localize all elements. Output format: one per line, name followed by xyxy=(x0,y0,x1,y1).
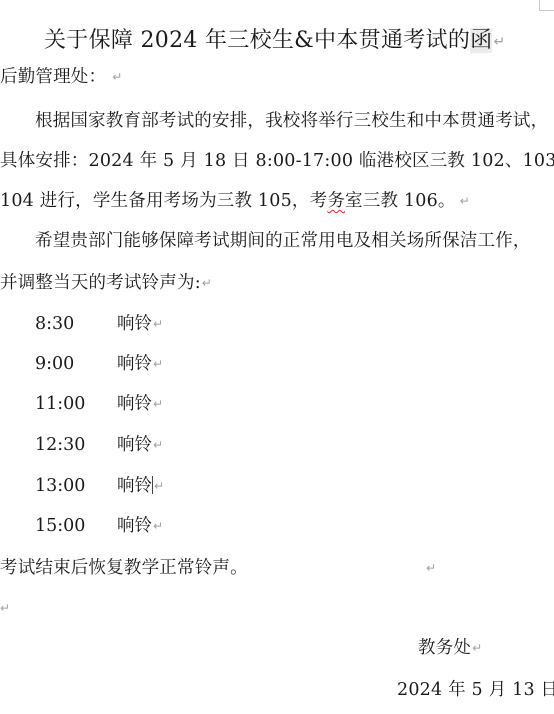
salutation-text: 后勤管理处： xyxy=(0,67,106,87)
document-page[interactable]: 关于保障 2024 年三校生&中本贯通考试的函↵ 后勤管理处：↵ 根据国家教育部… xyxy=(0,0,554,714)
bell-row[interactable]: 8:30 响铃↵ xyxy=(0,313,300,335)
paragraph-text: 104 进行，学生备用考场为三教 105，考 xyxy=(0,191,327,211)
title-text: 关于保障 2024 年三校生&中本贯通考试的 xyxy=(44,28,470,53)
paragraph-mark-icon: ↵ xyxy=(112,70,122,84)
bell-action: 响铃↵ xyxy=(117,313,163,335)
paragraph-text: 室三教 106。 xyxy=(345,191,456,211)
paragraph-1-line-3[interactable]: 104 进行，学生备用考场为三教 105，考务室三教 106。↵ xyxy=(0,190,470,212)
paragraph-mark-icon: ↵ xyxy=(472,641,482,655)
paragraph-1-line-1[interactable]: 根据国家教育部考试的安排，我校将举行三校生和中本贯通考试， xyxy=(35,110,548,132)
paragraph-1-line-2[interactable]: 具体安排：2024 年 5 月 18 日 8:00-17:00 临港校区三教 1… xyxy=(0,150,554,172)
closing-line[interactable]: 考试结束后恢复教学正常铃声。 ↵ xyxy=(0,557,440,579)
signature[interactable]: 教务处↵ xyxy=(418,637,482,659)
paragraph-mark-icon: ↵ xyxy=(153,397,163,411)
signature-text: 教务处 xyxy=(418,638,471,658)
bell-row[interactable]: 9:00 响铃↵ xyxy=(0,353,300,375)
paragraph-mark-icon: ↵ xyxy=(493,34,505,50)
bell-action: 响铃↵ xyxy=(117,475,164,497)
closing-text: 考试结束后恢复教学正常铃声。 xyxy=(0,558,248,578)
paragraph-text: 具体安排：2024 年 5 月 18 日 8:00-17:00 临港校区三教 1… xyxy=(0,151,554,171)
paragraph-mark-icon: ↵ xyxy=(153,357,163,371)
bell-time: 15:00 xyxy=(35,515,85,537)
date-text: 2024 年 5 月 13 日 xyxy=(397,680,554,700)
document-date[interactable]: 2024 年 5 月 13 日↵ xyxy=(397,679,554,701)
bell-row[interactable]: 11:00 响铃↵ xyxy=(0,393,300,415)
bell-row[interactable]: 15:00 响铃↵ xyxy=(0,515,300,537)
paragraph-mark-icon: ↵ xyxy=(460,194,470,208)
empty-paragraph[interactable]: ↵ xyxy=(0,597,10,619)
salutation[interactable]: 后勤管理处：↵ xyxy=(0,66,122,88)
bell-time: 9:00 xyxy=(35,353,74,375)
page-margin-corner-mark xyxy=(539,0,554,11)
bell-time: 8:30 xyxy=(35,313,74,335)
bell-action: 响铃↵ xyxy=(117,353,163,375)
text-cursor xyxy=(152,476,153,494)
bell-time: 11:00 xyxy=(35,393,85,415)
bell-action: 响铃↵ xyxy=(117,515,163,537)
paragraph-text: 根据国家教育部考试的安排，我校将举行三校生和中本贯通考试， xyxy=(35,111,548,131)
bell-time: 13:00 xyxy=(35,475,85,497)
paragraph-text: 希望贵部门能够保障考试期间的正常用电及相关场所保洁工作， xyxy=(35,231,531,251)
paragraph-mark-icon: ↵ xyxy=(153,317,163,331)
bell-row[interactable]: 13:00 响铃↵ xyxy=(0,475,300,497)
paragraph-mark-icon: ↵ xyxy=(426,557,436,579)
spellcheck-flagged-word[interactable]: 务 xyxy=(327,191,345,211)
paragraph-mark-icon: ↵ xyxy=(202,276,212,290)
paragraph-mark-icon: ↵ xyxy=(153,438,163,452)
title-last-char: 函 xyxy=(470,28,492,53)
bell-row[interactable]: 12:30 响铃↵ xyxy=(0,434,300,456)
bell-action: 响铃↵ xyxy=(117,434,163,456)
document-title[interactable]: 关于保障 2024 年三校生&中本贯通考试的函↵ xyxy=(44,27,506,56)
paragraph-text: 并调整当天的考试铃声为: xyxy=(0,273,201,293)
bell-action: 响铃↵ xyxy=(117,393,163,415)
bell-time: 12:30 xyxy=(35,434,85,456)
paragraph-mark-icon: ↵ xyxy=(153,519,163,533)
paragraph-2-line-2[interactable]: 并调整当天的考试铃声为:↵ xyxy=(0,272,212,294)
paragraph-2-line-1[interactable]: 希望贵部门能够保障考试期间的正常用电及相关场所保洁工作， xyxy=(35,230,531,252)
paragraph-mark-icon: ↵ xyxy=(154,479,164,493)
paragraph-mark-icon: ↵ xyxy=(0,601,10,615)
